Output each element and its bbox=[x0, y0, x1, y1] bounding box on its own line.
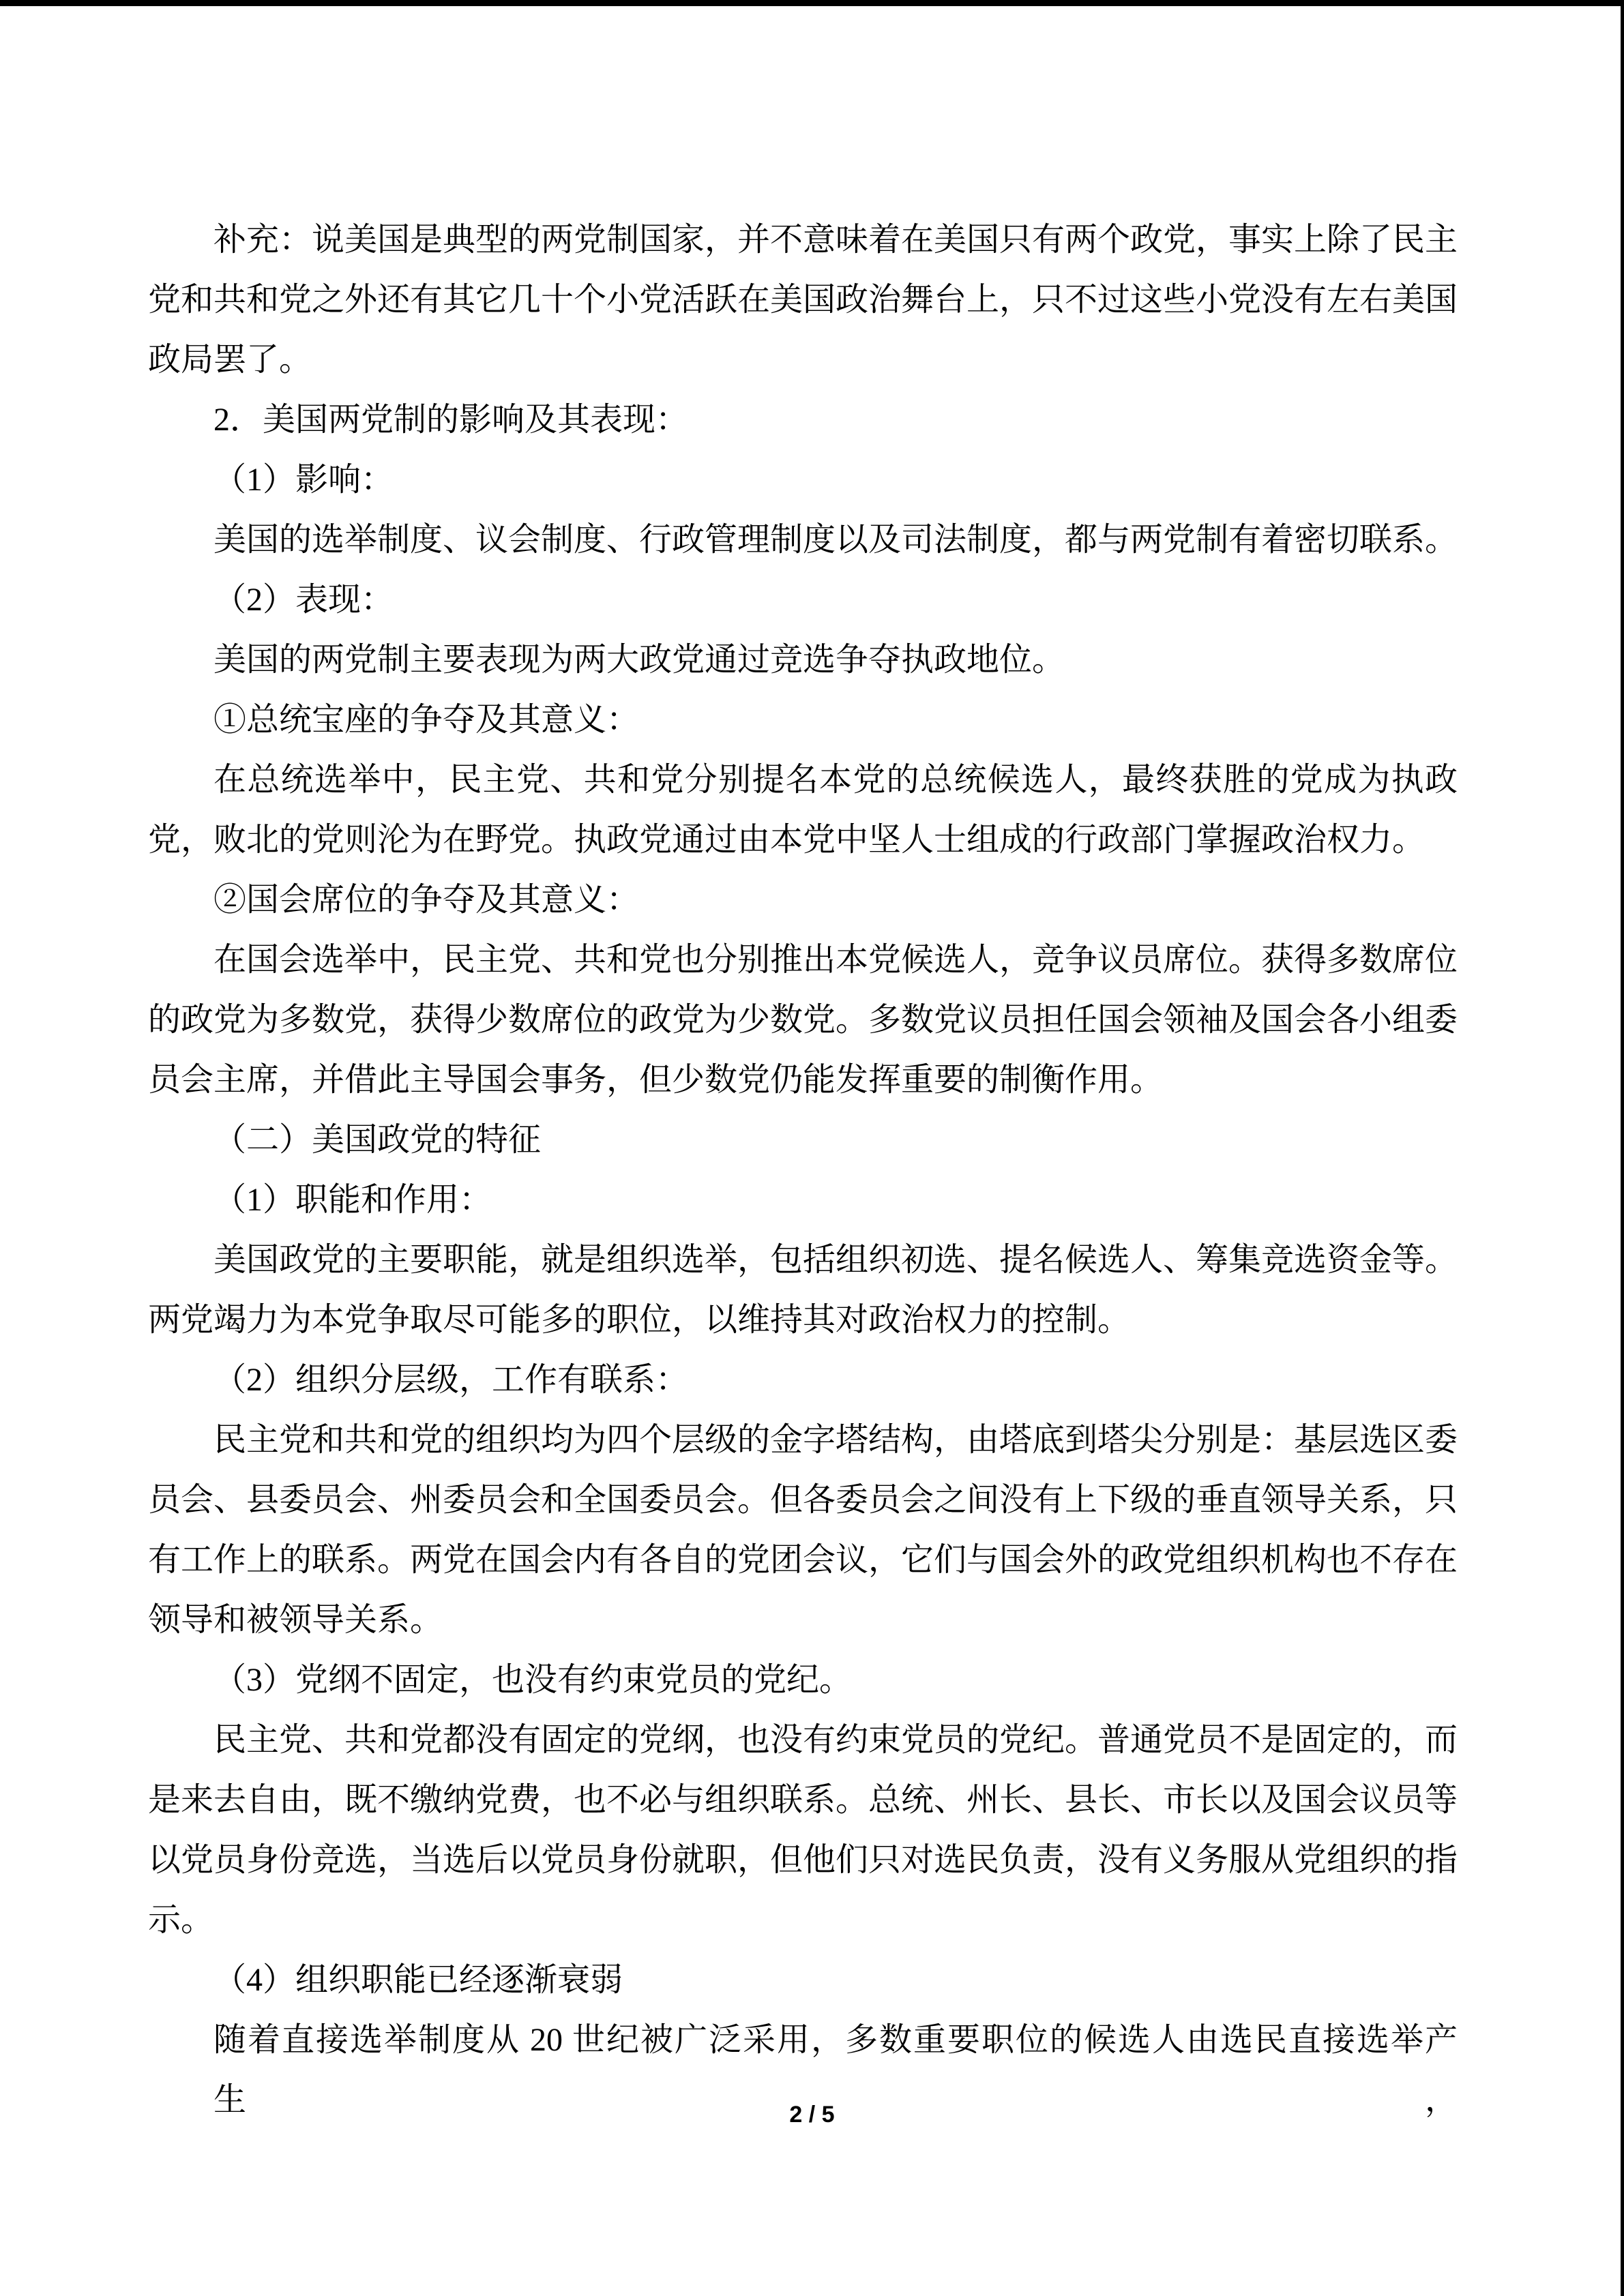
text-line: 党和共和党之外还有其它几十个小党活跃在美国政治舞台上，只不过这些小党没有左右美国 bbox=[148, 270, 1458, 330]
text-line: （二）美国政党的特征 bbox=[148, 1110, 1458, 1170]
scan-artifact-right-border bbox=[1621, 0, 1624, 2296]
text-line: 示。 bbox=[148, 1890, 1458, 1950]
text-line: （2）表现： bbox=[148, 570, 1458, 630]
text-line: （1）职能和作用： bbox=[148, 1170, 1458, 1230]
text-line: 随着直接选举制度从 20 世纪被广泛采用，多数重要职位的候选人由选民直接选举产生… bbox=[148, 2010, 1458, 2070]
text-line: 民主党和共和党的组织均为四个层级的金字塔结构，由塔底到塔尖分别是：基层选区委 bbox=[148, 1410, 1458, 1470]
text-line: 政局罢了。 bbox=[148, 330, 1458, 390]
text-line: （4）组织职能已经逐渐衰弱 bbox=[148, 1950, 1458, 2010]
text-line: 补充：说美国是典型的两党制国家，并不意味着在美国只有两个政党，事实上除了民主 bbox=[148, 210, 1458, 270]
text-line: 2．美国两党制的影响及其表现： bbox=[148, 390, 1458, 450]
text-line: （2）组织分层级，工作有联系： bbox=[148, 1350, 1458, 1410]
text-line: 美国政党的主要职能，就是组织选举，包括组织初选、提名候选人、筹集竞选资金等。 bbox=[148, 1230, 1458, 1290]
page-number: 2 / 5 bbox=[0, 2102, 1624, 2128]
text-line: 是来去自由，既不缴纳党费，也不必与组织联系。总统、州长、县长、市长以及国会议员等 bbox=[148, 1770, 1458, 1830]
text-line: 员会、县委员会、州委员会和全国委员会。但各委员会之间没有上下级的垂直领导关系，只 bbox=[148, 1470, 1458, 1530]
text-line: ②国会席位的争夺及其意义： bbox=[148, 870, 1458, 930]
text-line: 民主党、共和党都没有固定的党纲，也没有约束党员的党纪。普通党员不是固定的，而 bbox=[148, 1710, 1458, 1770]
text-line: 的政党为多数党，获得少数席位的政党为少数党。多数党议员担任国会领袖及国会各小组委 bbox=[148, 990, 1458, 1050]
scan-artifact-top-border bbox=[0, 0, 1624, 6]
text-line: 在总统选举中，民主党、共和党分别提名本党的总统候选人，最终获胜的党成为执政 bbox=[148, 750, 1458, 810]
text-line: 美国的两党制主要表现为两大政党通过竞选争夺执政地位。 bbox=[148, 630, 1458, 690]
text-line: 党，败北的党则沦为在野党。执政党通过由本党中坚人士组成的行政部门掌握政治权力。 bbox=[148, 810, 1458, 870]
text-line: 两党竭力为本党争取尽可能多的职位，以维持其对政治权力的控制。 bbox=[148, 1290, 1458, 1350]
document-body: 补充：说美国是典型的两党制国家，并不意味着在美国只有两个政党，事实上除了民主 党… bbox=[148, 210, 1458, 2070]
text-line: ①总统宝座的争夺及其意义： bbox=[148, 690, 1458, 750]
text-line: （1）影响： bbox=[148, 450, 1458, 510]
text-line: 有工作上的联系。两党在国会内有各自的党团会议，它们与国会外的政党组织机构也不存在 bbox=[148, 1530, 1458, 1590]
document-page: 补充：说美国是典型的两党制国家，并不意味着在美国只有两个政党，事实上除了民主 党… bbox=[0, 0, 1624, 2296]
text-line: 员会主席，并借此主导国会事务，但少数党仍能发挥重要的制衡作用。 bbox=[148, 1050, 1458, 1110]
text-line: 领导和被领导关系。 bbox=[148, 1590, 1458, 1650]
text-line: 以党员身份竞选，当选后以党员身份就职，但他们只对选民负责，没有义务服从党组织的指 bbox=[148, 1830, 1458, 1890]
text-line: （3）党纲不固定，也没有约束党员的党纪。 bbox=[148, 1650, 1458, 1710]
text-line: 在国会选举中，民主党、共和党也分别推出本党候选人，竞争议员席位。获得多数席位 bbox=[148, 930, 1458, 990]
text-line: 美国的选举制度、议会制度、行政管理制度以及司法制度，都与两党制有着密切联系。 bbox=[148, 510, 1458, 570]
